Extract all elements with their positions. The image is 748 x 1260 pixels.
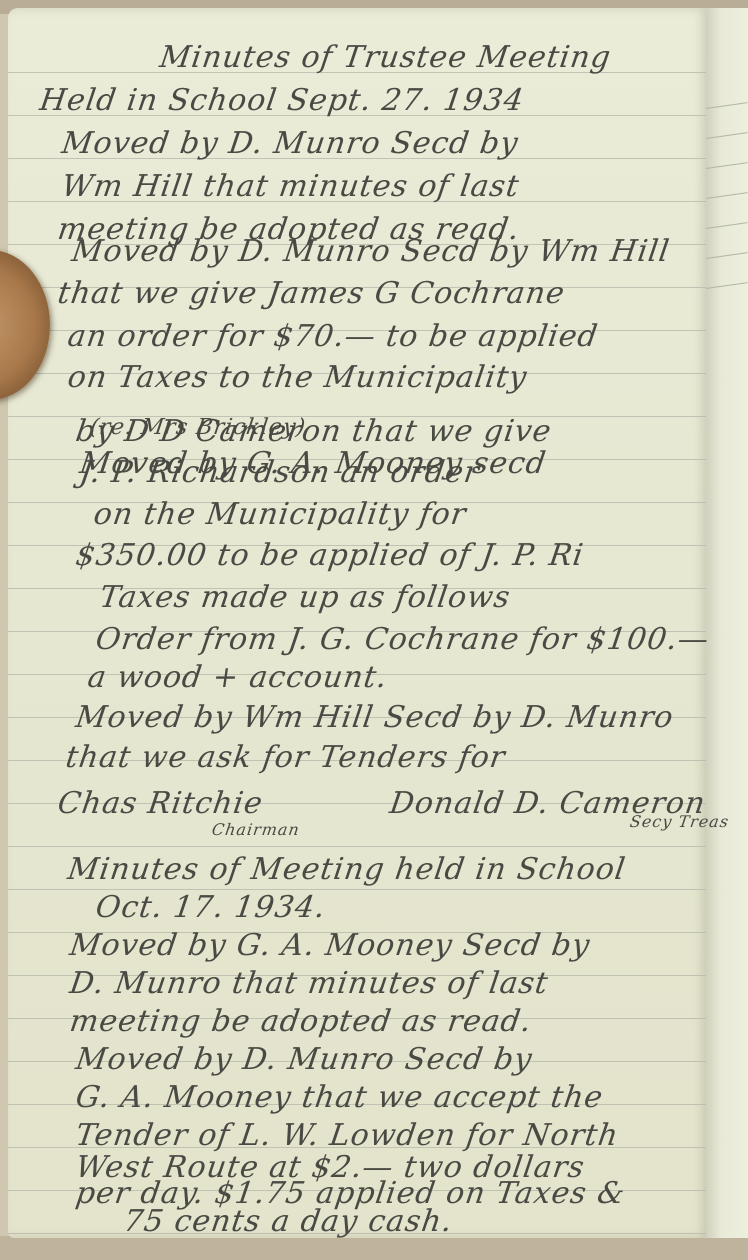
handwritten-line: on Taxes to the Municipality xyxy=(66,360,530,395)
ruled-line xyxy=(706,192,748,199)
handwritten-line: that we ask for Tenders for xyxy=(64,740,508,775)
handwritten-line: Oct. 17. 1934. xyxy=(94,890,329,925)
background-surface-bottom xyxy=(0,1236,748,1260)
handwritten-line: that we give James G Cochrane xyxy=(56,276,568,311)
ruled-line xyxy=(8,846,708,847)
entry-title: Minutes of Trustee Meeting xyxy=(158,40,614,75)
chairman-title: Chairman xyxy=(211,820,302,839)
handwritten-line: a wood + account. xyxy=(86,660,390,695)
ruled-line xyxy=(706,132,748,139)
handwritten-line: Held in School Sept. 27. 1934 xyxy=(38,83,527,118)
handwritten-line: J. P. Richardson an order xyxy=(78,455,482,490)
ruled-line xyxy=(706,102,748,109)
handwritten-line: Moved by Wm Hill Secd by D. Munro xyxy=(74,700,676,735)
handwritten-line: by D D Cameron that we give xyxy=(74,414,554,449)
handwritten-line: Moved by G. A. Mooney Secd by xyxy=(68,928,593,963)
ruled-line xyxy=(706,282,748,289)
handwritten-line: D. Munro that minutes of last xyxy=(68,966,551,1001)
handwritten-line: an order for $70.— to be applied xyxy=(66,319,601,354)
ruled-line xyxy=(706,162,748,169)
handwritten-line: $350.00 to be applied of J. P. Ri xyxy=(74,538,586,573)
entry-title: Minutes of Meeting held in School xyxy=(66,852,629,887)
handwritten-line: G. A. Mooney that we accept the xyxy=(74,1080,606,1115)
ruled-line xyxy=(706,252,748,259)
handwritten-line: Moved by D. Munro Secd by Wm Hill xyxy=(70,234,672,269)
handwritten-line: meeting be adopted as read. xyxy=(68,1004,535,1039)
secretary-title: Secy Treas xyxy=(629,812,731,831)
adjacent-page-edge xyxy=(706,8,748,1238)
handwritten-line: Tender of L. W. Lowden for North xyxy=(74,1118,621,1153)
chairman-signature: Chas Ritchie xyxy=(56,786,266,821)
handwritten-line: 75 cents a day cash. xyxy=(122,1204,455,1239)
ruled-line xyxy=(706,222,748,229)
handwritten-line: Moved by D. Munro Secd by xyxy=(74,1042,535,1077)
handwritten-line: Wm Hill that minutes of last xyxy=(60,169,522,204)
handwritten-line: Moved by D. Munro Secd by xyxy=(60,126,521,161)
handwritten-line: Order from J. G. Cochrane for $100.— xyxy=(94,622,712,657)
handwritten-line: Taxes made up as follows xyxy=(98,580,513,615)
handwritten-line: on the Municipality for xyxy=(92,497,469,532)
